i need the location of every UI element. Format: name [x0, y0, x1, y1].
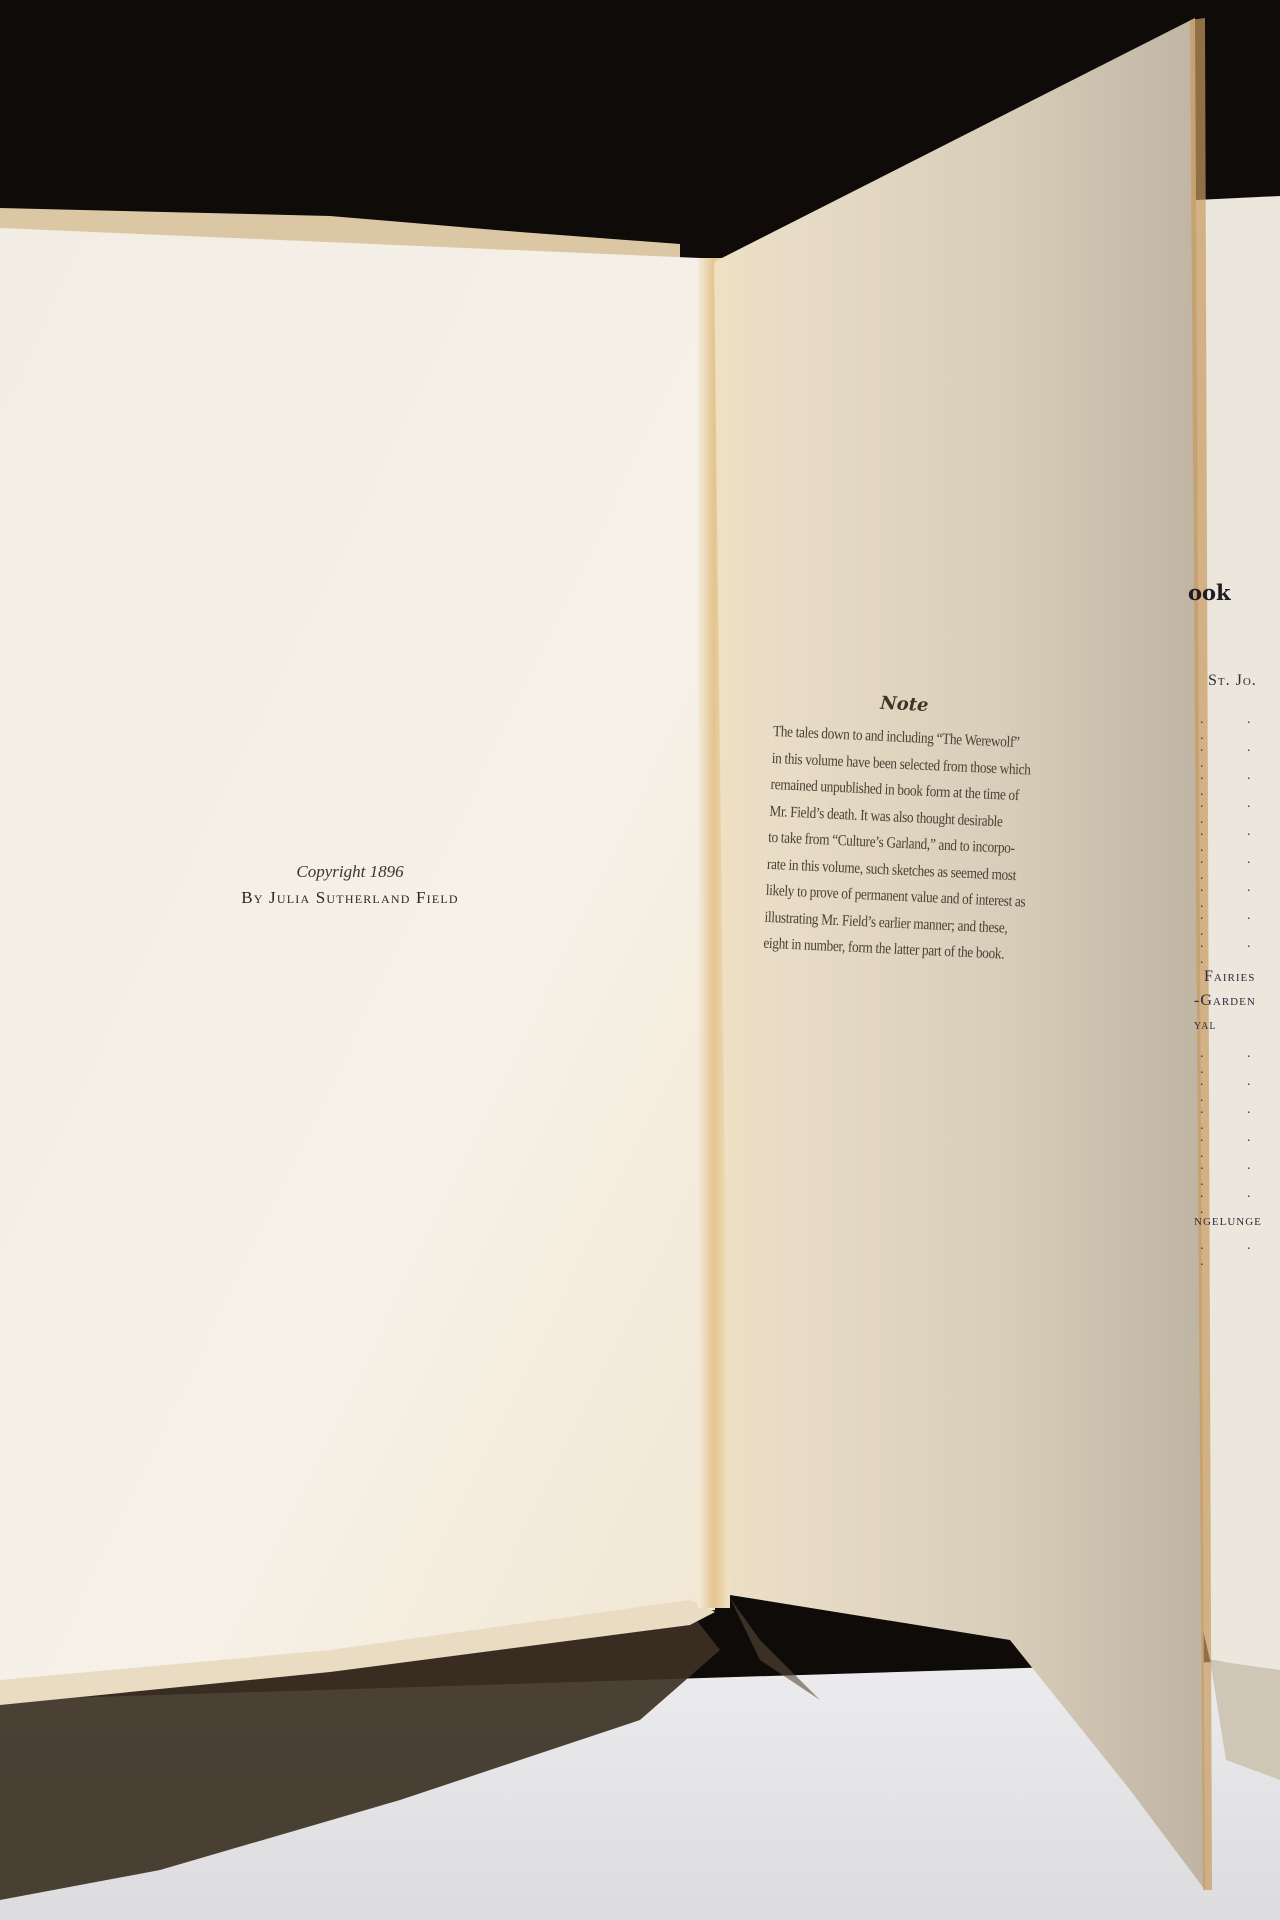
dot-leader: . . .	[1200, 1238, 1280, 1270]
book-photo-background	[0, 0, 1280, 1920]
copyright-line: Copyright 1896	[0, 862, 700, 882]
toc-entry: Fairies	[1204, 968, 1255, 986]
toc-entry: -Garden	[1194, 992, 1256, 1010]
toc-entry: yal	[1194, 1018, 1216, 1034]
dot-leader: . . .	[1200, 936, 1280, 968]
note-section: Note The tales down to and including “Th…	[763, 688, 1035, 969]
toc-entry: St. Jo.	[1208, 672, 1257, 690]
contents-title-fragment: ook	[1188, 580, 1231, 605]
author-byline: By Julia Sutherland Field	[0, 888, 700, 908]
dot-leader: . . .	[1200, 1186, 1280, 1218]
photo-scene	[0, 0, 1280, 1920]
